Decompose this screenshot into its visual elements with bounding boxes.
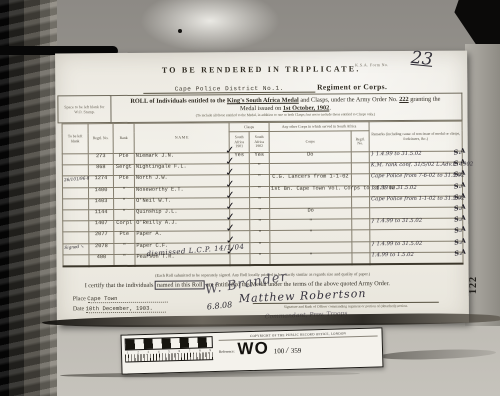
scan-light-blob [140,0,280,52]
sa-annotation: S.A [454,148,467,156]
roll-text: ROLL of Individuals entitled to the [130,97,227,105]
roll-table-body: 273PteNiemark J.N.Yes✓YesDo} 1.4.99 to 3… [62,151,463,266]
unit-name: Cape Police District No.1. [143,85,315,94]
regiment-label: Regiment or Corps. [317,82,387,91]
cell-margin [63,232,89,243]
col-header-name: N A M E [134,123,229,154]
cell-margin: 26/101/96-8 [62,176,88,187]
cell-c1902: " [250,253,270,265]
reference-label: Reference: [219,349,235,357]
sa-annotation: S.A [454,216,467,224]
col-header-corps: Corps [269,131,351,153]
sa-annotation: S.A [454,249,467,257]
cell-remarks: Cape Police from 1-1-02 to 31.5.02S.A [370,196,463,208]
cell-c1902: " [250,242,270,253]
cell-remarks: } 1.4.99 to 31.5.02S.A [370,241,463,253]
cell-regtl: 273 [88,154,113,165]
ruler-number: 7 [189,349,191,353]
handwritten-date: 6.8.08 [206,300,232,311]
cell-corps_no [352,230,370,241]
cell-corps: Do [269,152,351,164]
cell-corps_no [351,152,369,163]
roll-text: . [329,104,331,111]
roll-medal-name: King's South Africa Medal [227,97,299,105]
cell-corps_no [352,196,370,207]
wo-stamp-box: Space to be left blank for W.O. Stamp. [57,95,111,123]
cell-regtl: 868 [88,165,113,176]
cell-regtl: 1274 [88,176,113,187]
medal-issue-date: 1st October, 1902 [283,104,330,111]
certify-boxed-text: named in this Roll [155,280,205,289]
cell-margin: Signed ↘ [63,243,89,254]
cell-corps: " [270,253,352,265]
cell-name: Paper A. [135,231,230,243]
cell-regtl: 1407 [89,221,114,232]
cell-regtl: 1400 [88,187,113,198]
film-edge-band [0,0,57,396]
cell-c1902: " [250,208,270,219]
record-series: 100 [274,347,285,355]
roll-heading-box: ROLL of Individuals entitled to the King… [109,93,462,123]
cell-name: O'Neil W.T. [135,197,230,209]
cell-rank: Pte [113,176,134,187]
dust-speck [178,29,182,33]
cell-margin [62,154,88,165]
cell-regtl: 1403 [89,198,114,209]
cell-rank: Pte [113,153,134,164]
ruler-number: 3 [148,350,150,354]
cell-rank: " [114,243,135,254]
handwritten-margin-note: 26/101/96-8 [64,176,90,184]
cell-corps [270,197,352,209]
place-value: Cape Town [87,295,167,304]
tick-mark: ✓ [226,227,235,234]
cell-corps: 1st Bn. Cape Town Vol. Corps to 31.1.02. [270,185,352,197]
cell-rank: " [114,198,135,209]
tick-mark: ✓ [226,182,235,189]
cell-c1901: ✓ [230,253,250,265]
cell-c1902: " [250,197,270,208]
col-header-sa1902: South Africa 1902 [249,131,269,152]
sa-annotation: S.A [454,238,467,246]
cell-c1902: " [250,231,270,242]
cell-name: O'Reilly A.J. [135,220,230,232]
cell-corps_no [352,241,370,252]
microfilm-scan: K.S.A. Form No. 23 TO BE RENDERED IN TRI… [0,0,500,396]
cell-regtl: 2078 [89,243,114,254]
measuring-scale: 123456789 [122,333,214,374]
date-line: Date 10th December, 1903. [73,305,166,314]
handwritten-margin-note: Signed ↘ [64,243,84,250]
table-row: 400"Pearson T.R.✓""1.4.99 to 1.5.02S.A [63,252,463,266]
stamp-text-block: COPYRIGHT OF THE PUBLIC RECORD OFFICE, L… [212,328,382,371]
col-header-blank: To be left blank [62,124,88,154]
cell-margin [63,198,89,209]
cell-rank: " [114,254,135,266]
cell-corps: C.G. Lancers from 1-1-02 [269,174,351,186]
cell-corps [270,241,352,253]
tick-mark: ✓ [226,205,235,212]
cell-corps: " [270,230,352,242]
tick-mark: ✓ [226,193,235,200]
col-header-rank: Rank [113,123,134,153]
slash-mark: / [286,345,290,355]
cell-name: North J.W. [134,175,229,187]
document-page: K.S.A. Form No. 23 TO BE RENDERED IN TRI… [55,51,469,326]
army-order-number: 222 [399,96,409,103]
sa-annotation: S.A [454,227,467,235]
cell-rank: " [114,209,135,220]
col-header-regtl-no: Regtl. No. [88,124,113,154]
roll-text: and Clasps, under the Army Order No. [299,96,399,104]
cell-rank: Corpl [114,221,135,232]
cell-c1902: " [250,220,270,231]
cell-rank: " [113,187,134,198]
ruler-number: 5 [168,349,170,353]
cell-remarks: 1.4.99 to 1.5.02S.A [370,252,463,264]
cell-margin [62,165,88,176]
roll-heading: ROLL of Individuals entitled to the King… [109,96,461,113]
tick-mark: ✓ [226,216,235,223]
ruler-number: 8 [199,348,201,352]
record-dept-code: WO [237,341,269,358]
scan-smudge [378,348,496,361]
stamp-reference-row: Reference: WO 100 / 359 [219,337,378,357]
cell-remarks: } 1.4.99 to 31.5.02S.A [370,218,463,230]
cell-name: Noseworthy E.T. [134,186,229,198]
ruler-number: 6 [178,349,180,353]
cell-name: Nightingale F.L. [134,164,229,176]
record-piece: 359 [291,347,302,355]
cell-corps_no [352,208,370,219]
pro-reference-stamp: 123456789 COPYRIGHT OF THE PUBLIC RECORD… [120,327,383,374]
wo-stamp-note: Space to be left blank for W.O. Stamp. [58,96,110,114]
ruler-number: 1 [127,350,129,354]
tick-mark: ✓ [226,149,235,156]
ruler-number: 2 [137,350,139,354]
cell-c1902: " [249,175,269,186]
certify-text: I certify that the individuals [85,282,155,289]
cell-corps_no [352,252,370,264]
cell-rank: Pte [114,232,135,243]
cell-margin [63,254,89,266]
col-header-regtl-no-2: Regtl. No. [351,131,369,152]
sa-annotation: S.A [454,182,467,190]
cell-regtl: 400 [89,254,114,266]
sa-annotation: S.A [454,204,467,212]
place-label: Place [73,296,86,302]
cell-c1902: Yes [249,152,269,163]
cell-margin [63,210,89,221]
cell-corps_no [352,219,370,230]
document-title: TO BE RENDERED IN TRIPLICATE. [55,64,467,76]
folio-number: 122 [468,276,479,294]
cell-regtl: 1144 [89,209,114,220]
cell-corps_no [351,163,369,174]
ruler-number: 9 [209,348,211,352]
col-group-clasps: Clasps [229,122,269,131]
date-label: Date [73,306,84,312]
tick-mark: ✓ [226,171,235,178]
cell-margin [63,221,89,232]
cell-c1902: " [249,164,269,175]
date-value: 10th December, 1903. [86,305,166,314]
cell-regtl: 2077 [89,232,114,243]
ruler-number: 4 [158,350,160,354]
film-corner-shadow [447,0,500,47]
cell-margin [62,187,88,198]
cell-name: Quinship J.L. [135,209,230,221]
place-line: Place Cape Town [73,295,168,304]
medal-roll-table: To be left blank Regtl. No. Rank N A M E… [62,121,464,268]
cell-corps_no [351,174,369,185]
signature-caption: Signature and Rank of Officer commanding… [253,302,439,309]
cell-rank: Sergt [113,165,134,176]
col-header-remarks: Remarks (including cause of non-issue of… [369,121,462,152]
cell-c1902: " [249,186,269,197]
